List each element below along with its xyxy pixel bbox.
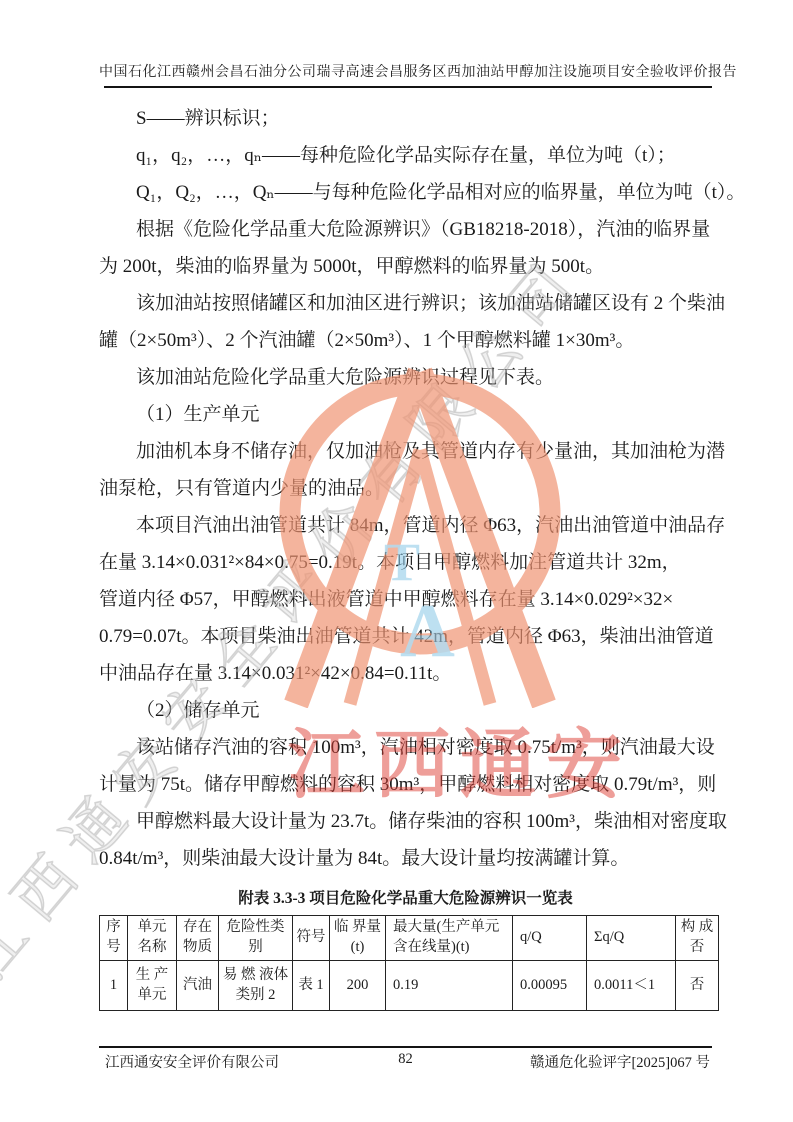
table-header-cell: 符号: [293, 916, 330, 961]
body-line: 管道内径 Φ57，甲醇燃料出液管道中甲醇燃料存在量 3.14×0.029²×32…: [99, 581, 717, 618]
page-header-title: 中国石化江西赣州会昌石油分公司瑞寻高速会昌服务区西加油站甲醇加注设施项目安全验收…: [99, 61, 712, 81]
table-cell: 易 燃 液体类别 2: [219, 961, 293, 1011]
table-header-cell: 单元名称: [128, 916, 177, 961]
body-line: q₁，q₂，…，qₙ——每种危险化学品实际存在量，单位为吨（t）；: [99, 137, 717, 174]
body-line: 计量为 75t。储存甲醇燃料的容积 30m³，甲醇燃料相对密度取 0.79t/m…: [99, 766, 717, 803]
table-cell: 0.19: [386, 961, 513, 1011]
table-cell: 1: [100, 961, 128, 1011]
body-line: 为 200t，柴油的临界量为 5000t，甲醇燃料的临界量为 500t。: [99, 248, 717, 285]
table-cell: 0.00095: [513, 961, 587, 1011]
footer-rule: [99, 1046, 712, 1048]
table-cell: 表 1: [293, 961, 330, 1011]
body-line: 罐（2×50m³）、2 个汽油罐（2×50m³）、1 个甲醇燃料罐 1×30m³…: [99, 322, 717, 359]
table-header-cell: 存在物质: [177, 916, 219, 961]
table-header-cell: 危险性类别: [219, 916, 293, 961]
body-line: 该加油站危险化学品重大危险源辨识过程见下表。: [99, 359, 717, 396]
body-line: 中油品存在量 3.14×0.031²×42×0.84=0.11t。: [99, 655, 717, 692]
table-cell: 200: [330, 961, 386, 1011]
body-line: 在量 3.14×0.031²×84×0.75=0.19t。本项目甲醇燃料加注管道…: [99, 544, 717, 581]
body-line: S——辨识标识；: [99, 100, 717, 137]
document-page: 江西通安安全评价有限公司 T A 江西通安 中国石化江西赣州会昌石油分公司瑞寻高…: [0, 0, 793, 1122]
body-line: 该加油站按照储罐区和加油区进行辨识；该加油站储罐区设有 2 个柴油: [99, 285, 717, 322]
table-cell: 汽油: [177, 961, 219, 1011]
footer-page-number: 82: [99, 1051, 712, 1068]
table-header-cell: 临 界量(t): [330, 916, 386, 961]
header-rule: [104, 86, 712, 88]
table-row: 1生 产单元汽油易 燃 液体类别 2表 12000.190.000950.001…: [100, 961, 719, 1011]
table-header-cell: q/Q: [513, 916, 587, 961]
body-line: （2）储存单元: [99, 692, 717, 729]
table-cell: 否: [676, 961, 719, 1011]
table-header-cell: Σq/Q: [587, 916, 676, 961]
body-line: 0.79=0.07t。本项目柴油出油管道共计 42m，管道内径 Φ63，柴油出油…: [99, 618, 717, 655]
body-line: （1）生产单元: [99, 396, 717, 433]
table-cell: 生 产单元: [128, 961, 177, 1011]
body-line: 根据《危险化学品重大危险源辨识》（GB18218-2018），汽油的临界量: [99, 211, 717, 248]
table-header-cell: 构 成否: [676, 916, 719, 961]
body-line: 油泵枪，只有管道内少量的油品。: [99, 470, 717, 507]
table-header-cell: 序号: [100, 916, 128, 961]
body-line: Q₁，Q₂，…，Qₙ——与每种危险化学品相对应的临界量，单位为吨（t）。: [99, 174, 717, 211]
body-line: 0.84t/m³，则柴油最大设计量为 84t。最大设计量均按满罐计算。: [99, 840, 717, 877]
table-header-row: 序号单元名称存在物质危险性类别符号临 界量(t)最大量(生产单元含在线量)(t)…: [100, 916, 719, 961]
body-text-block: S——辨识标识；q₁，q₂，…，qₙ——每种危险化学品实际存在量，单位为吨（t）…: [99, 100, 717, 877]
body-line: 该站储存汽油的容积 100m³，汽油相对密度取 0.75t/m³，则汽油最大设: [99, 729, 717, 766]
table-cell: 0.0011＜1: [587, 961, 676, 1011]
table-header-cell: 最大量(生产单元含在线量)(t): [386, 916, 513, 961]
table-caption: 附表 3.3-3 项目危险化学品重大危险源辨识一览表: [99, 886, 712, 908]
hazard-identification-table: 序号单元名称存在物质危险性类别符号临 界量(t)最大量(生产单元含在线量)(t)…: [99, 915, 719, 1011]
body-line: 本项目汽油出油管道共计 84m，管道内径 Φ63，汽油出油管道中油品存: [99, 507, 717, 544]
page-footer: 82 江西通安安全评价有限公司 赣通危化验评字[2025]067 号: [99, 1051, 712, 1072]
body-line: 甲醇燃料最大设计量为 23.7t。储存柴油的容积 100m³，柴油相对密度取: [99, 803, 717, 840]
body-line: 加油机本身不储存油，仅加油枪及其管道内存有少量油，其加油枪为潜: [99, 433, 717, 470]
